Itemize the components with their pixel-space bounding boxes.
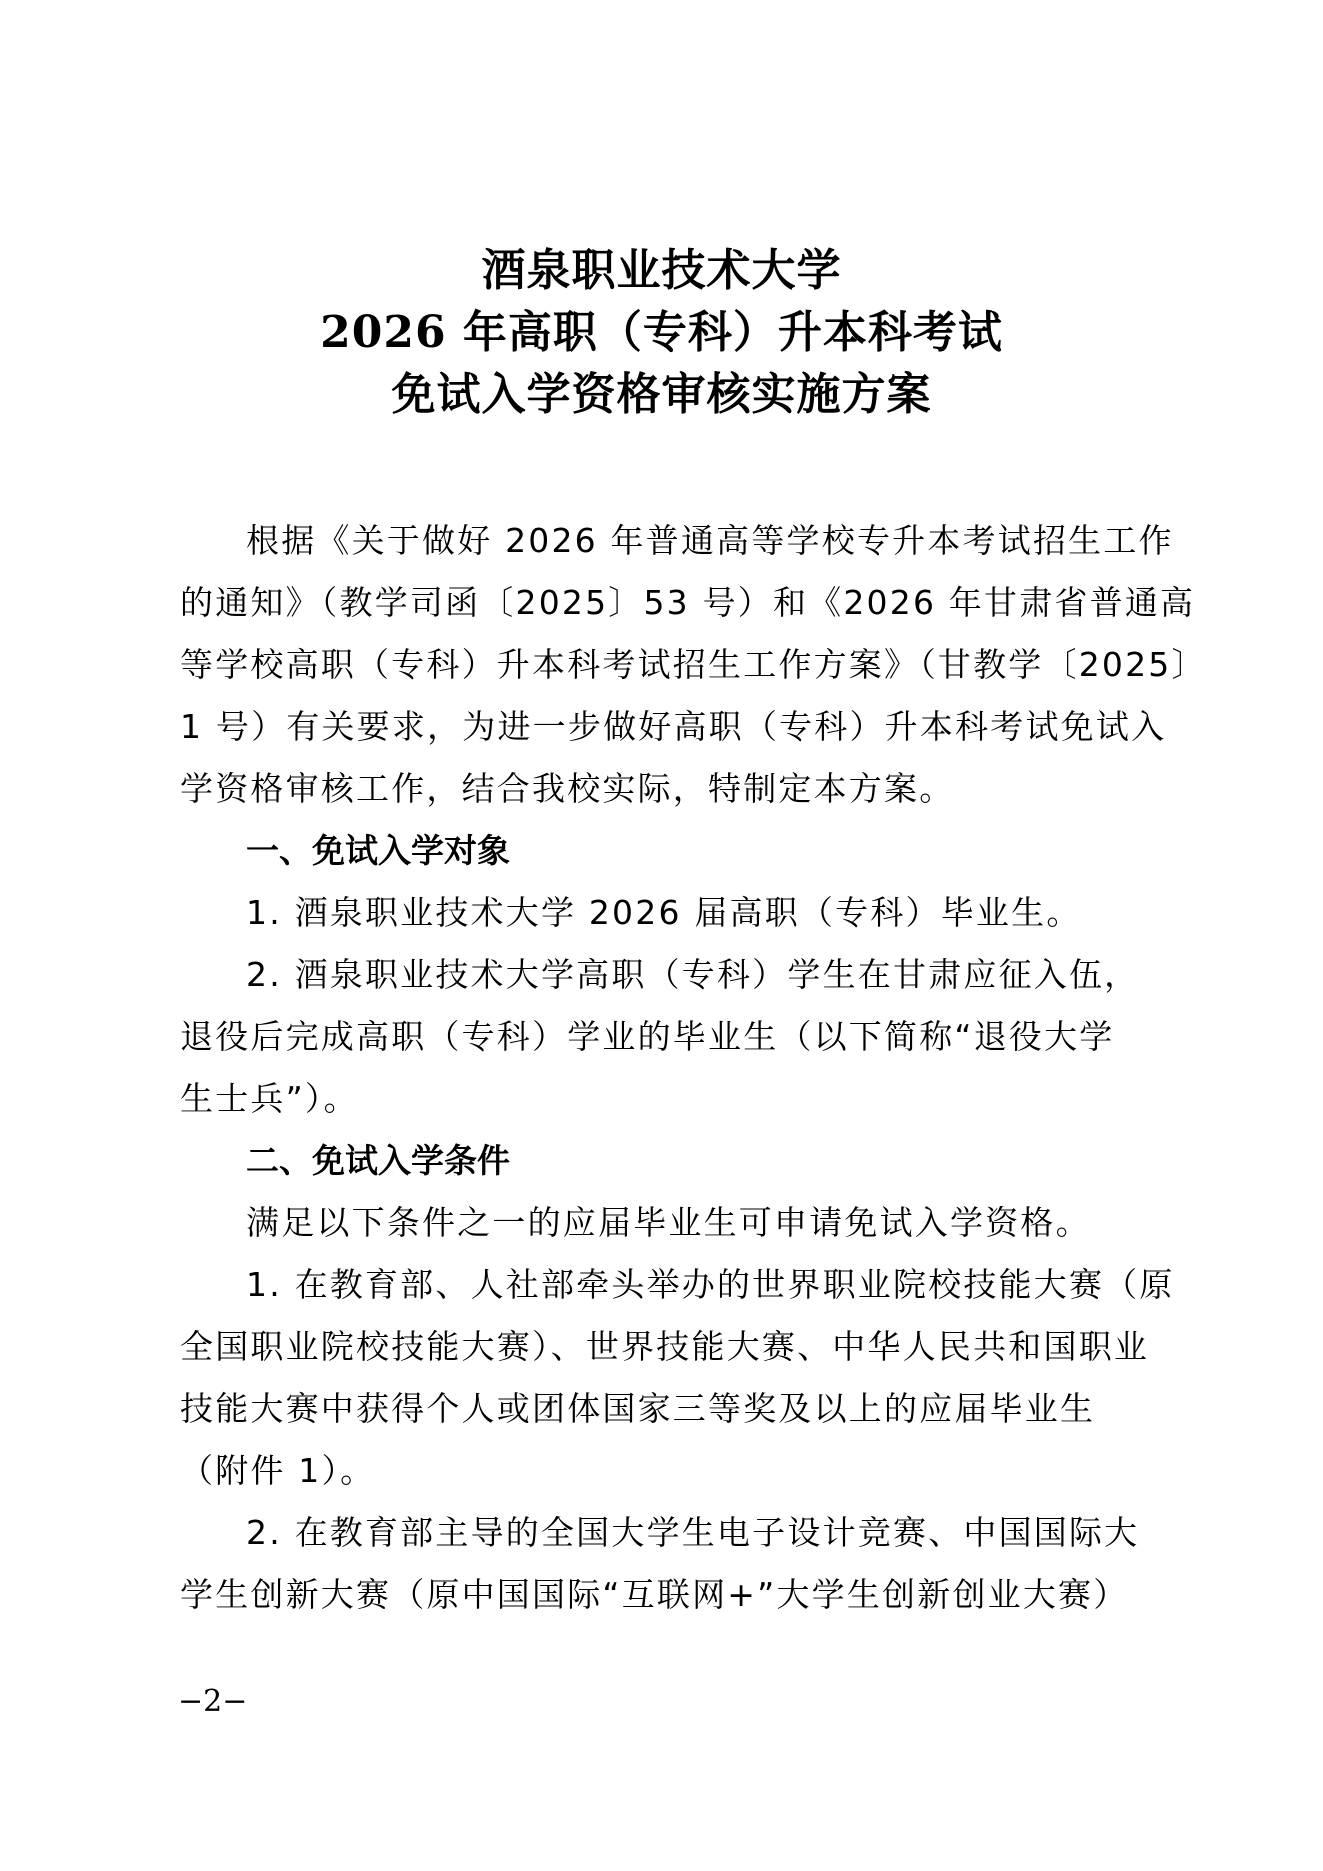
page-number: −2−: [178, 1682, 247, 1722]
section-intro: 满足以下条件之一的应届毕业生可申请免试入学资格。: [180, 1192, 1150, 1254]
document-title: 酒泉职业技术大学 2026 年高职（专科）升本科考试 免试入学资格审核实施方案: [0, 240, 1323, 426]
paragraph-line: 1. 在教育部、人社部牵头举办的世界职业院校技能大赛（原: [180, 1254, 1150, 1316]
section-eligibility-conditions: 二、免试入学条件 满足以下条件之一的应届毕业生可申请免试入学资格。 1. 在教育…: [180, 1130, 1150, 1626]
section-heading: 二、免试入学条件: [180, 1130, 1150, 1192]
document-page: 酒泉职业技术大学 2026 年高职（专科）升本科考试 免试入学资格审核实施方案 …: [0, 0, 1323, 1871]
paragraph-line: 学资格审核工作，结合我校实际，特制定本方案。: [180, 758, 1150, 820]
intro-paragraph: 根据《关于做好 2026 年普通高等学校专升本考试招生工作 的通知》（教学司函〔…: [180, 510, 1150, 820]
paragraph-line: 2. 酒泉职业技术大学高职（专科）学生在甘肃应征入伍，: [180, 944, 1150, 1006]
list-item: 2. 酒泉职业技术大学高职（专科）学生在甘肃应征入伍， 退役后完成高职（专科）学…: [180, 944, 1150, 1130]
paragraph-line: 全国职业院校技能大赛）、世界技能大赛、中华人民共和国职业: [180, 1316, 1150, 1378]
paragraph-line: 1 号）有关要求，为进一步做好高职（专科）升本科考试免试入: [180, 696, 1150, 758]
paragraph-line: 的通知》（教学司函〔2025〕53 号）和《2026 年甘肃省普通高: [180, 572, 1150, 634]
title-line-school: 酒泉职业技术大学: [0, 240, 1323, 302]
paragraph-line: 1. 酒泉职业技术大学 2026 届高职（专科）毕业生。: [180, 882, 1150, 944]
paragraph-line: 学生创新大赛（原中国国际“互联网+”大学生创新创业大赛）: [180, 1564, 1150, 1626]
document-body: 根据《关于做好 2026 年普通高等学校专升本考试招生工作 的通知》（教学司函〔…: [180, 510, 1150, 1626]
paragraph-line: 技能大赛中获得个人或团体国家三等奖及以上的应届毕业生: [180, 1378, 1150, 1440]
paragraph-line: 生士兵”）。: [180, 1068, 1150, 1130]
paragraph-line: 满足以下条件之一的应届毕业生可申请免试入学资格。: [180, 1192, 1150, 1254]
paragraph-line: 2. 在教育部主导的全国大学生电子设计竞赛、中国国际大: [180, 1502, 1150, 1564]
paragraph-line: 根据《关于做好 2026 年普通高等学校专升本考试招生工作: [180, 510, 1150, 572]
section-heading: 一、免试入学对象: [180, 820, 1150, 882]
list-item: 2. 在教育部主导的全国大学生电子设计竞赛、中国国际大 学生创新大赛（原中国国际…: [180, 1502, 1150, 1626]
title-line-exam: 2026 年高职（专科）升本科考试: [0, 302, 1323, 364]
paragraph-line: 退役后完成高职（专科）学业的毕业生（以下简称“退役大学: [180, 1006, 1150, 1068]
paragraph-line: 等学校高职（专科）升本科考试招生工作方案》（甘教学〔2025〕: [180, 634, 1150, 696]
list-item: 1. 在教育部、人社部牵头举办的世界职业院校技能大赛（原 全国职业院校技能大赛）…: [180, 1254, 1150, 1502]
paragraph-line: （附件 1）。: [180, 1440, 1150, 1502]
title-line-plan: 免试入学资格审核实施方案: [0, 364, 1323, 426]
list-item: 1. 酒泉职业技术大学 2026 届高职（专科）毕业生。: [180, 882, 1150, 944]
section-eligible-applicants: 一、免试入学对象 1. 酒泉职业技术大学 2026 届高职（专科）毕业生。 2.…: [180, 820, 1150, 1130]
